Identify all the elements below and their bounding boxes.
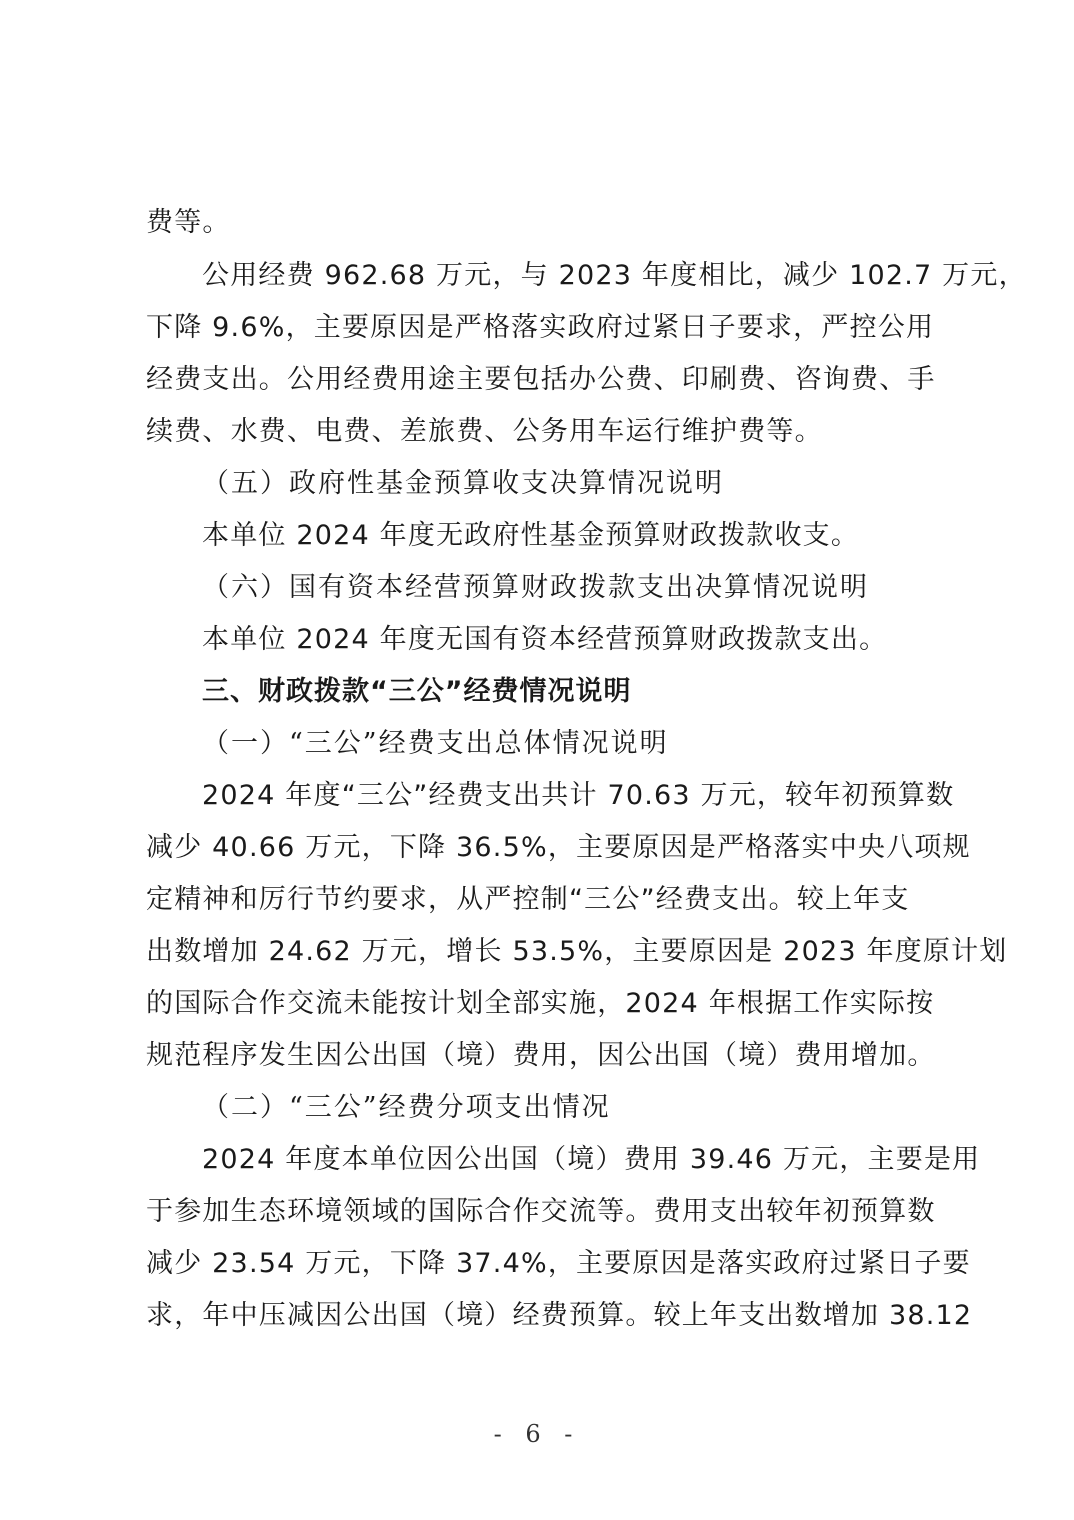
paragraph-line: 减少 23.54 万元，下降 37.4%，主要原因是落实政府过紧日子要	[146, 1246, 946, 1282]
section-heading: （一）“三公”经费支出总体情况说明	[202, 726, 1002, 762]
paragraph-line: 的国际合作交流未能按计划全部实施，2024 年根据工作实际按	[146, 986, 946, 1022]
paragraph-line: 出数增加 24.62 万元，增长 53.5%，主要原因是 2023 年度原计划	[146, 934, 946, 970]
paragraph-line: 规范程序发生因公出国（境）费用，因公出国（境）费用增加。	[146, 1038, 946, 1074]
paragraph-line: 费等。	[146, 205, 946, 241]
paragraph-line: 定精神和厉行节约要求，从严控制“三公”经费支出。较上年支	[146, 882, 946, 918]
paragraph-line: 续费、水费、电费、差旅费、公务用车运行维护费等。	[146, 414, 946, 450]
chapter-heading: 三、财政拨款“三公”经费情况说明	[202, 674, 1002, 710]
section-heading: （二）“三公”经费分项支出情况	[202, 1090, 1002, 1126]
paragraph-line: 求，年中压减因公出国（境）经费预算。较上年支出数增加 38.12	[146, 1298, 946, 1334]
section-heading: （六）国有资本经营预算财政拨款支出决算情况说明	[202, 570, 1002, 606]
document-page: 费等。 公用经费 962.68 万元，与 2023 年度相比，减少 102.7 …	[0, 0, 1074, 1520]
paragraph-line: 公用经费 962.68 万元，与 2023 年度相比，减少 102.7 万元，	[202, 258, 1002, 294]
paragraph-line: 减少 40.66 万元，下降 36.5%，主要原因是严格落实中央八项规	[146, 830, 946, 866]
paragraph-line: 2024 年度“三公”经费支出共计 70.63 万元，较年初预算数	[202, 778, 1002, 814]
paragraph-line: 下降 9.6%，主要原因是严格落实政府过紧日子要求，严控公用	[146, 310, 946, 346]
paragraph-line: 经费支出。公用经费用途主要包括办公费、印刷费、咨询费、手	[146, 362, 946, 398]
paragraph-line: 本单位 2024 年度无政府性基金预算财政拨款收支。	[202, 518, 1002, 554]
paragraph-line: 本单位 2024 年度无国有资本经营预算财政拨款支出。	[202, 622, 1002, 658]
section-heading: （五）政府性基金预算收支决算情况说明	[202, 466, 1002, 502]
page-number: - 6 -	[0, 1420, 1074, 1448]
paragraph-line: 2024 年度本单位因公出国（境）费用 39.46 万元，主要是用	[202, 1142, 1002, 1178]
paragraph-line: 于参加生态环境领域的国际合作交流等。费用支出较年初预算数	[146, 1194, 946, 1230]
